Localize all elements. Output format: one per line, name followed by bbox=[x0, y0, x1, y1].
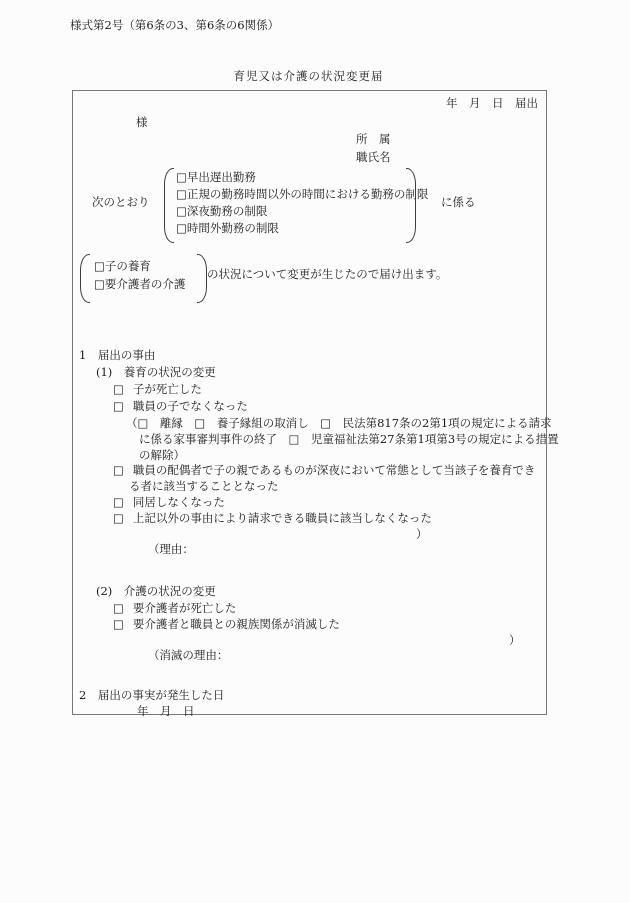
option-care-of-person: □要介護者の介護 bbox=[94, 277, 185, 292]
option-limit-overtime-work: □時間外勤務の制限 bbox=[176, 221, 279, 236]
item-label: 同居しなくなった bbox=[133, 495, 225, 510]
item-spouse-can-care: □職員の配偶者で子の親であるものが深夜において常態として当該子を養育でき bbox=[113, 463, 535, 478]
section1-1-heading: (1) 養育の状況の変更 bbox=[96, 365, 216, 380]
option-label: 正規の勤務時間以外の時間における勤務の制限 bbox=[187, 187, 429, 202]
right-bracket bbox=[406, 168, 416, 243]
checkbox[interactable]: □ bbox=[113, 463, 124, 478]
item-care-recipient-died: □要介護者が死亡した bbox=[113, 601, 236, 616]
item-no-longer-employees-child: □職員の子でなくなった bbox=[113, 399, 248, 414]
item-family-relation-ended: □要介護者と職員との親族関係が消滅した bbox=[113, 617, 340, 632]
checkbox[interactable]: □ bbox=[176, 204, 187, 219]
request-lead-label: 次のとおり bbox=[92, 195, 150, 210]
reason-close-label: ） bbox=[509, 633, 521, 648]
item-child-died: □子が死亡した bbox=[113, 382, 202, 397]
option-label: 要介護者の介護 bbox=[105, 277, 186, 292]
left-bracket bbox=[80, 254, 90, 303]
form-page: 様式第2号（第6条の3、第6条の6関係） 育児又は介護の状況変更届 年 月 日 … bbox=[0, 0, 630, 903]
reason-open-label: （消滅の理由： bbox=[148, 648, 229, 662]
option-childcare: □子の養育 bbox=[94, 259, 151, 274]
reason-close-label: ） bbox=[416, 527, 428, 542]
addressee-sama-label: 様 bbox=[136, 115, 148, 130]
checkbox[interactable]: □ bbox=[113, 399, 124, 414]
option-limit-late-night-work: □深夜勤務の制限 bbox=[176, 204, 267, 219]
checkbox[interactable]: □ bbox=[113, 601, 124, 616]
request-tail-label: に係る bbox=[441, 195, 476, 210]
checkbox[interactable]: □ bbox=[176, 221, 187, 236]
reason-open-label: （理由： bbox=[148, 542, 194, 556]
option-label: 早出遅出勤務 bbox=[187, 170, 256, 185]
option-label: 子の養育 bbox=[105, 259, 151, 274]
item-label: 要介護者が死亡した bbox=[133, 601, 237, 616]
item-spouse-can-care-cont: る者に該当することとなった bbox=[129, 479, 279, 494]
checkbox[interactable]: □ bbox=[94, 277, 105, 292]
left-bracket bbox=[164, 168, 174, 243]
form-box: 年 月 日 届出 様 所 属 職氏名 次のとおり □早出遅出勤務 □正規の勤務時… bbox=[72, 90, 547, 715]
item-label: 要介護者と職員との親族関係が消滅した bbox=[133, 617, 340, 632]
detail-options-line1[interactable]: （□ 離縁 □ 養子縁組の取消し □ 民法第817条の2第1項の規定による請求 bbox=[126, 416, 552, 431]
section1-2-heading: (2) 介護の状況の変更 bbox=[96, 584, 216, 599]
item-label: 子が死亡した bbox=[133, 382, 202, 397]
checkbox[interactable]: □ bbox=[113, 495, 124, 510]
checkbox[interactable]: □ bbox=[113, 511, 124, 526]
section1-heading: 1 届出の事由 bbox=[79, 348, 155, 363]
checkbox[interactable]: □ bbox=[94, 259, 105, 274]
submission-date-field[interactable]: 年 月 日 届出 bbox=[446, 96, 538, 111]
affiliation-label: 所 属 bbox=[356, 132, 391, 147]
option-label: 深夜勤務の制限 bbox=[187, 204, 268, 219]
checkbox[interactable]: □ bbox=[113, 382, 124, 397]
item-label: 上記以外の事由により請求できる職員に該当しなくなった bbox=[133, 511, 432, 526]
page-title: 育児又は介護の状況変更届 bbox=[72, 69, 545, 84]
option-limit-outside-regular-hours: □正規の勤務時間以外の時間における勤務の制限 bbox=[176, 187, 428, 202]
item-label: 職員の配偶者で子の親であるものが深夜において常態として当該子を養育でき bbox=[133, 463, 536, 478]
extinction-reason-field[interactable]: （消滅の理由： ） bbox=[126, 633, 526, 693]
item-other-reason: □上記以外の事由により請求できる職員に該当しなくなった bbox=[113, 511, 432, 526]
item-no-longer-cohabiting: □同居しなくなった bbox=[113, 495, 225, 510]
item-label: 職員の子でなくなった bbox=[133, 399, 248, 414]
detail-options-line3: の解除） bbox=[139, 448, 185, 463]
right-bracket bbox=[197, 254, 207, 303]
position-name-label: 職氏名 bbox=[356, 150, 391, 165]
form-number: 様式第2号（第6条の3、第6条の6関係） bbox=[70, 18, 279, 33]
reason-field[interactable]: （理由： ） bbox=[126, 527, 426, 587]
option-label: 時間外勤務の制限 bbox=[187, 221, 279, 236]
detail-options-line2[interactable]: に係る家事審判事件の終了 □ 児童福祉法第27条第1項第3号の規定による措置 bbox=[139, 432, 559, 447]
option-early-late-shift: □早出遅出勤務 bbox=[176, 170, 256, 185]
occurrence-date-field[interactable]: 年 月 日 bbox=[137, 704, 195, 719]
notification-statement: の状況について変更が生じたので届け出ます。 bbox=[207, 267, 447, 282]
checkbox[interactable]: □ bbox=[176, 187, 187, 202]
checkbox[interactable]: □ bbox=[176, 170, 187, 185]
checkbox[interactable]: □ bbox=[113, 617, 124, 632]
section2-heading: 2 届出の事実が発生した日 bbox=[79, 688, 224, 703]
